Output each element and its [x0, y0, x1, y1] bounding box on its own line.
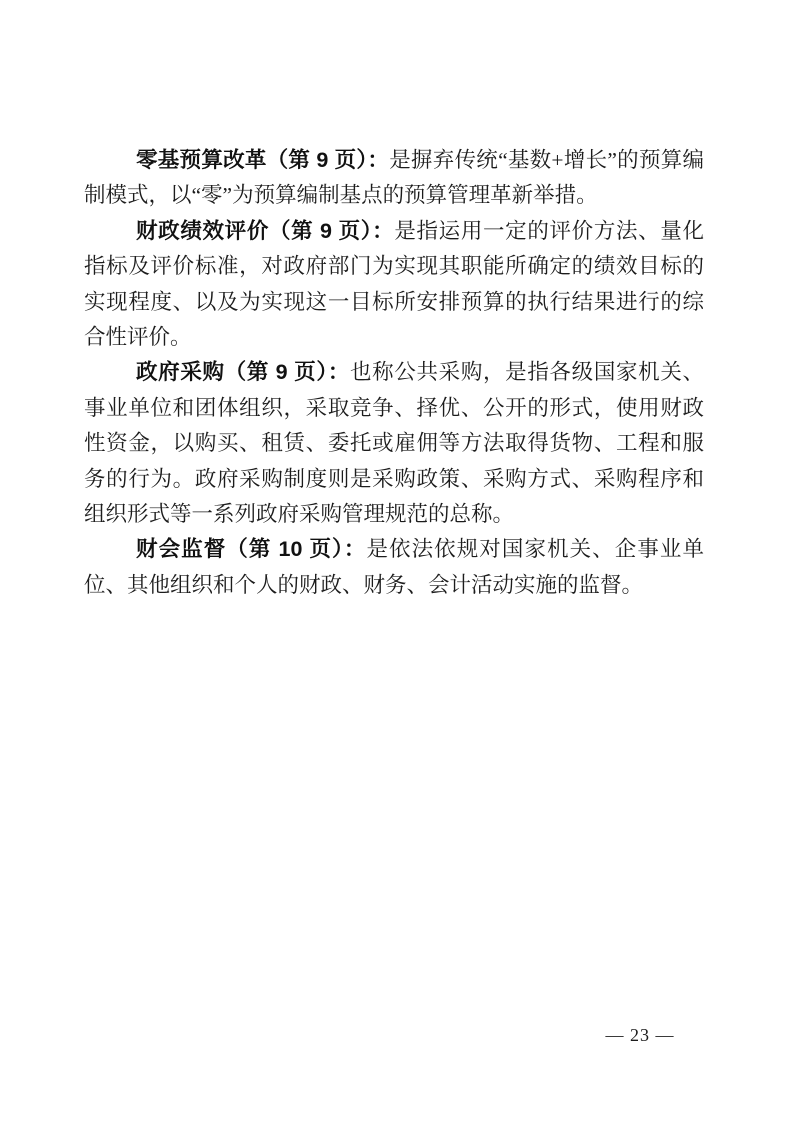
page-number: — 23 — — [560, 1025, 720, 1046]
glossary-term: 零基预算改革（第 9 页）： — [136, 148, 389, 172]
glossary-paragraph-performance-evaluation: 财政绩效评价（第 9 页）：是指运用一定的评价方法、量化指标及评价标准，对政府部… — [84, 214, 704, 356]
glossary-paragraph-government-procurement: 政府采购（第 9 页）：也称公共采购，是指各级国家机关、事业单位和团体组织，采取… — [84, 355, 704, 532]
glossary-paragraph-accounting-supervision: 财会监督（第 10 页）：是依法依规对国家机关、企事业单位、其他组织和个人的财政… — [84, 532, 704, 603]
glossary-content: 零基预算改革（第 9 页）：是摒弃传统“基数+增长”的预算编制模式，以“零”为预… — [84, 143, 704, 603]
document-page: 零基预算改革（第 9 页）：是摒弃传统“基数+增长”的预算编制模式，以“零”为预… — [0, 0, 793, 1122]
glossary-term: 财政绩效评价（第 9 页）： — [136, 219, 394, 243]
glossary-paragraph-zero-base-budget: 零基预算改革（第 9 页）：是摒弃传统“基数+增长”的预算编制模式，以“零”为预… — [84, 143, 704, 214]
glossary-definition: 也称公共采购，是指各级国家机关、事业单位和团体组织，采取竞争、择优、公开的形式，… — [84, 360, 704, 526]
glossary-term: 财会监督（第 10 页）： — [136, 537, 366, 561]
glossary-term: 政府采购（第 9 页）： — [136, 360, 350, 384]
